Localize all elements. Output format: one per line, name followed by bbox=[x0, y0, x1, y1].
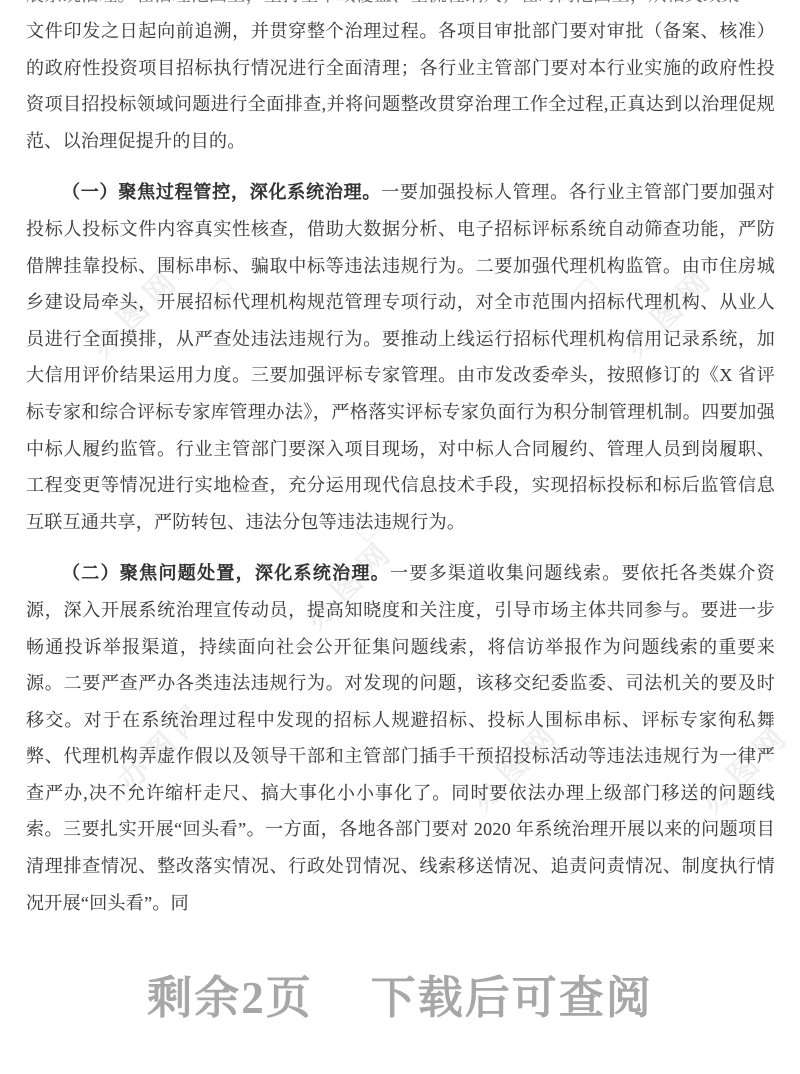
clipped-top-line: 展系统治理。在治理范围上，坚持全市域覆盖、全流程纳入；在时间范围上，从相关政策 bbox=[26, 0, 775, 13]
section-1-body: 一要加强投标人管理。各行业主管部门要加强对投标人投标文件内容真实性核查，借助大数… bbox=[26, 182, 775, 531]
section-1-heading: （一）聚焦过程管控，深化系统治理。 bbox=[62, 182, 381, 202]
paragraph-intro-continuation: 文件印发之日起向前追溯，并贯穿整个治理过程。各项目审批部门要对审批（备案、核准）… bbox=[26, 13, 775, 159]
download-to-view-label: 下载后可查阅 bbox=[371, 973, 653, 1023]
clipped-top-line-text: 展系统治理。在治理范围上，坚持全市域覆盖、全流程纳入；在时间范围上，从相关政策 bbox=[26, 0, 775, 13]
paragraph-section-1: （一）聚焦过程管控，深化系统治理。一要加强投标人管理。各行业主管部门要加强对投标… bbox=[26, 174, 775, 540]
paragraph-section-2: （二）聚焦问题处置，深化系统治理。一要多渠道收集问题线索。要依托各类媒介资源，深… bbox=[26, 555, 775, 921]
remaining-pages-label: 剩余2页 bbox=[147, 973, 313, 1023]
document-text-column: 展系统治理。在治理范围上，坚持全市域覆盖、全流程纳入；在时间范围上，从相关政策 … bbox=[26, 0, 775, 921]
preview-limit-banner: 剩余2页下载后可查阅 bbox=[0, 961, 800, 1026]
section-2-body: 一要多渠道收集问题线索。要依托各类媒介资源，深入开展系统治理宣传动员，提高知晓度… bbox=[26, 563, 775, 912]
section-2-heading: （二）聚焦问题处置，深化系统治理。 bbox=[62, 563, 390, 583]
document-page: 办图网 办图网 办图网 办图网 办图网 办图网 ◇ ◇ ◇ 展系统治理。在治理范… bbox=[0, 0, 800, 1074]
